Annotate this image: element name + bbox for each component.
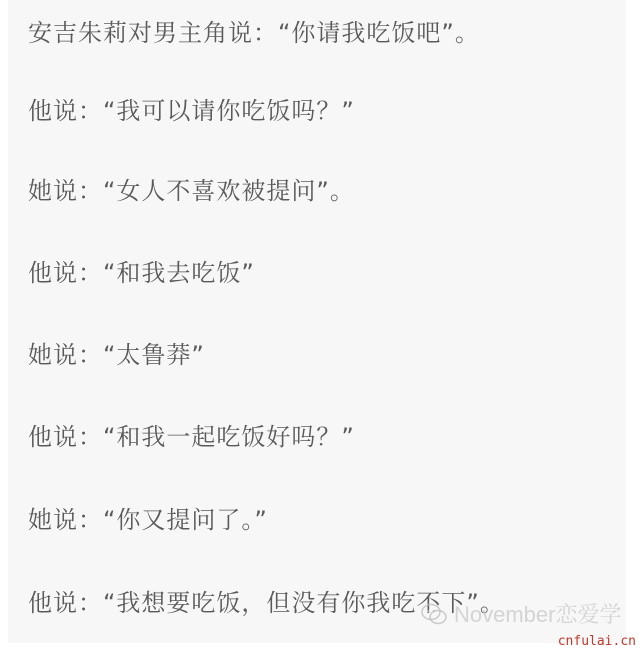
dialogue-line: 她说：“太鲁莽” [28, 340, 205, 370]
dialogue-line: 他说：“和我去吃饭” [28, 258, 255, 288]
watermark-text: November恋爱学 [454, 598, 621, 629]
dialogue-line: 安吉朱莉对男主角说：“你请我吃饭吧”。 [28, 18, 480, 48]
dialogue-line: 他说：“和我一起吃饭好吗？” [28, 422, 355, 452]
watermark: November恋爱学 [420, 598, 621, 629]
dialogue-line: 她说：“女人不喜欢被提问”。 [28, 176, 355, 206]
dialogue-line: 他说：“我可以请你吃饭吗？” [28, 96, 355, 126]
site-label: cnfulai.cn [558, 634, 636, 649]
dialogue-line: 她说：“你又提问了。” [28, 505, 268, 535]
wechat-icon [420, 602, 448, 626]
